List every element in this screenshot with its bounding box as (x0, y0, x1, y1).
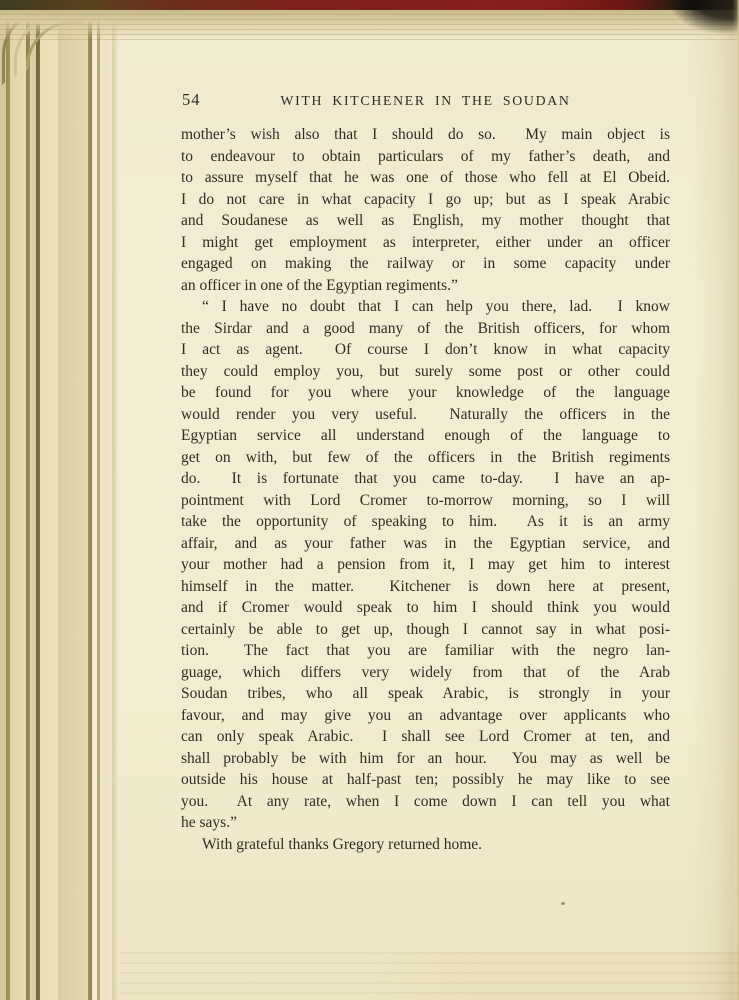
text-line: certainly be able to get up, though I ca… (181, 619, 670, 641)
text-line: outside his house at half-past ten; poss… (181, 769, 670, 791)
text-line: tion. The fact that you are familiar wit… (181, 640, 670, 662)
text-line: engaged on making the railway or in some… (181, 253, 670, 275)
paragraph: mother’s wish also that I should do so. … (181, 124, 670, 296)
page-top-edges (0, 9, 739, 41)
book-cover-top-edge (0, 0, 739, 10)
book-page-scan: 54 WITH KITCHENER IN THE SOUDAN mother’s… (0, 0, 739, 1000)
text-line: your mother had a pension from it, I may… (181, 554, 670, 576)
text-line: to assure myself that he was one of thos… (181, 167, 670, 189)
text-line: the Sirdar and a good many of the Britis… (181, 318, 670, 340)
paragraph: With grateful thanks Gregory returned ho… (181, 834, 670, 856)
text-line: favour, and may give you an advantage ov… (181, 705, 670, 727)
page-text: mother’s wish also that I should do so. … (181, 124, 670, 855)
text-line: mother’s wish also that I should do so. … (181, 124, 670, 146)
text-line: affair, and as your father was in the Eg… (181, 533, 670, 555)
page-right-edge-shadow (691, 0, 739, 1000)
page-bottom-texture (120, 952, 739, 1000)
running-header: WITH KITCHENER IN THE SOUDAN (181, 93, 670, 109)
page-header: 54 WITH KITCHENER IN THE SOUDAN (181, 90, 670, 110)
text-line: himself in the matter. Kitchener is down… (181, 576, 670, 598)
text-line: get on with, but few of the officers in … (181, 447, 670, 469)
text-line: pointment with Lord Cromer to-morrow mor… (181, 490, 670, 512)
paragraph: “ I have no doubt that I can help you th… (181, 296, 670, 834)
text-line: and Soudanese as well as English, my mot… (181, 210, 670, 232)
text-line: I might get employment as interpreter, e… (181, 232, 670, 254)
text-line: do. It is fortunate that you came to-day… (181, 468, 670, 490)
text-line: With grateful thanks Gregory returned ho… (181, 834, 670, 856)
text-line: you. At any rate, when I come down I can… (181, 791, 670, 813)
text-line: take the opportunity of speaking to him.… (181, 511, 670, 533)
text-line: “ I have no doubt that I can help you th… (181, 296, 670, 318)
text-line: shall probably be with him for an hour. … (181, 748, 670, 770)
text-line: I act as agent. Of course I don’t know i… (181, 339, 670, 361)
text-line: I do not care in what capacity I go up; … (181, 189, 670, 211)
text-line: Soudan tribes, who all speak Arabic, is … (181, 683, 670, 705)
text-line: and if Cromer would speak to him I shoul… (181, 597, 670, 619)
text-line: an officer in one of the Egyptian regime… (181, 275, 670, 297)
text-line: guage, which differs very widely from th… (181, 662, 670, 684)
scan-speck (561, 902, 565, 905)
text-line: he says.” (181, 812, 670, 834)
page-stack-left-edges (0, 0, 118, 1000)
text-line: to endeavour to obtain particulars of my… (181, 146, 670, 168)
text-line: can only speak Arabic. I shall see Lord … (181, 726, 670, 748)
text-line: be found for you where your knowledge of… (181, 382, 670, 404)
text-line: would render you very useful. Naturally … (181, 404, 670, 426)
text-line: they could employ you, but surely some p… (181, 361, 670, 383)
text-line: Egyptian service all understand enough o… (181, 425, 670, 447)
